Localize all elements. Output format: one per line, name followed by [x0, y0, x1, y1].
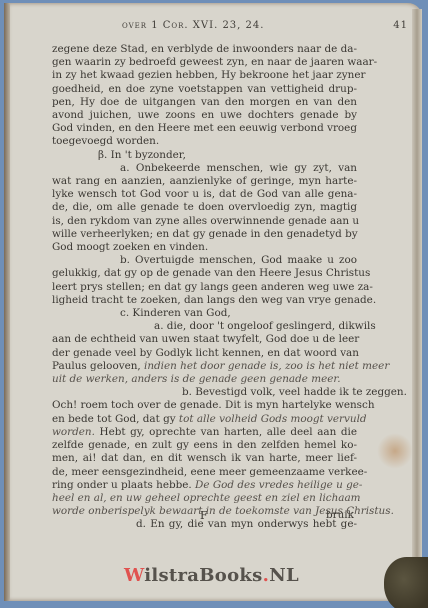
- text-line: God vinden, en den Heere met een eeuwig …: [52, 122, 357, 135]
- text-line: aan de echtheid van uwen staat twyfelt, …: [52, 333, 357, 346]
- italic-quote: De God des vredes heilige u ge-: [195, 479, 362, 491]
- text-line: God moogt zoeken en vinden.: [52, 241, 357, 254]
- text-line: lyke wensch tot God voor u is, dat de Go…: [52, 188, 357, 201]
- thumb-holding-page: [384, 557, 428, 608]
- text-line: uit de werken, anders is de genade geen …: [52, 373, 357, 386]
- text-line: c. Kinderen van God,: [52, 307, 357, 320]
- text-line: worden. Hebt gy, oprechte van harten, al…: [52, 426, 357, 439]
- watermark-name: ilstraBooks: [144, 565, 262, 586]
- text-line: β. In 't byzonder,: [52, 149, 357, 162]
- text-line: wat rang en aanzien, aanzienlyke of geri…: [52, 175, 357, 188]
- text-line: gelukkig, dat gy op de genade van den He…: [52, 267, 357, 280]
- catchword: bruik: [326, 509, 354, 521]
- page-number: 41: [393, 20, 408, 31]
- italic-quote: heel en al, en uw geheel oprechte geest …: [52, 492, 361, 504]
- text-line: avond juichen, uwe zoons en uwe dochters…: [52, 109, 357, 122]
- text-line: b. Overtuigde menschen, God maake u zoo: [52, 254, 357, 267]
- text-line: Paulus gelooven, indien het door genade …: [52, 360, 357, 373]
- paper-stain: [377, 433, 413, 469]
- text-line: ligheid tracht te zoeken, dan langs den …: [52, 294, 357, 307]
- text-line: a. die, door 't ongeloof geslingerd, dik…: [52, 320, 357, 333]
- text-line: wille verheerlyken; en dat gy genade in …: [52, 228, 357, 241]
- text-line: en bede tot God, dat gy tot alle volheid…: [52, 413, 357, 426]
- text-line: goedheid, en doe zyne voetstappen van ve…: [52, 83, 357, 96]
- text-line: is, den rykdom van zyne alles overwinnen…: [52, 215, 357, 228]
- text-line: de, die, om alle genade te doen overvloe…: [52, 201, 357, 214]
- book-page: over 1 Cor. XVI. 23, 24. 41 zegene deze …: [4, 3, 422, 601]
- text-line: Och! roem toch over de genade. Dit is my…: [52, 399, 357, 412]
- text-line: heel en al, en uw geheel oprechte geest …: [52, 492, 357, 505]
- text-line: der genade veel by Godlyk licht kennen, …: [52, 347, 357, 360]
- italic-quote: uit de werken, anders is de genade geen …: [52, 373, 341, 385]
- signature-mark: F: [200, 509, 208, 522]
- running-title: over 1 Cor. XVI. 23, 24.: [122, 20, 264, 31]
- text-line: ring onder u plaats hebbe. De God des vr…: [52, 479, 357, 492]
- text-line: gen waarin zy bedroefd geweest zyn, en n…: [52, 56, 357, 69]
- text-run: Paulus gelooven,: [52, 360, 144, 372]
- text-line: a. Onbekeerde menschen, wie gy zyt, van: [52, 162, 357, 175]
- italic-quote: tot alle volheid Gods moogt vervuld: [179, 413, 367, 425]
- running-header: over 1 Cor. XVI. 23, 24. 41: [54, 20, 414, 36]
- text-line: leert prys stellen; en dat gy langs geen…: [52, 281, 357, 294]
- text-run: ring onder u plaats hebbe.: [52, 479, 195, 491]
- italic-quote: indien het door genade is, zoo is het ni…: [144, 360, 389, 372]
- watermark-logo: WilstraBooks.NL: [124, 565, 299, 586]
- text-line: men, ai! dat dan, en dit wensch ik van h…: [52, 452, 357, 465]
- text-run: en bede tot God, dat gy: [52, 413, 179, 425]
- text-line: toegevoegd worden.: [52, 135, 357, 148]
- body-text: zegene deze Stad, en verblyde de inwoond…: [52, 43, 357, 532]
- italic-quote: worden.: [52, 426, 95, 438]
- text-line: zegene deze Stad, en verblyde de inwoond…: [52, 43, 357, 56]
- watermark-initial: W: [124, 565, 144, 586]
- text-line: b. Bevestigd volk, veel hadde ik te zegg…: [52, 386, 357, 399]
- text-line: zelfde genade, en zult gy eens in den ze…: [52, 439, 357, 452]
- text-line: de, meer eensgezindheid, eene meer gemee…: [52, 466, 357, 479]
- watermark-tld: NL: [269, 565, 299, 586]
- text-line: pen, Hy doe de uitgangen van den morgen …: [52, 96, 357, 109]
- text-run: Hebt gy, oprechte van harten, alle deel …: [95, 426, 357, 438]
- text-line: in zy het kwaad gezien hebben, Hy bekroo…: [52, 69, 357, 82]
